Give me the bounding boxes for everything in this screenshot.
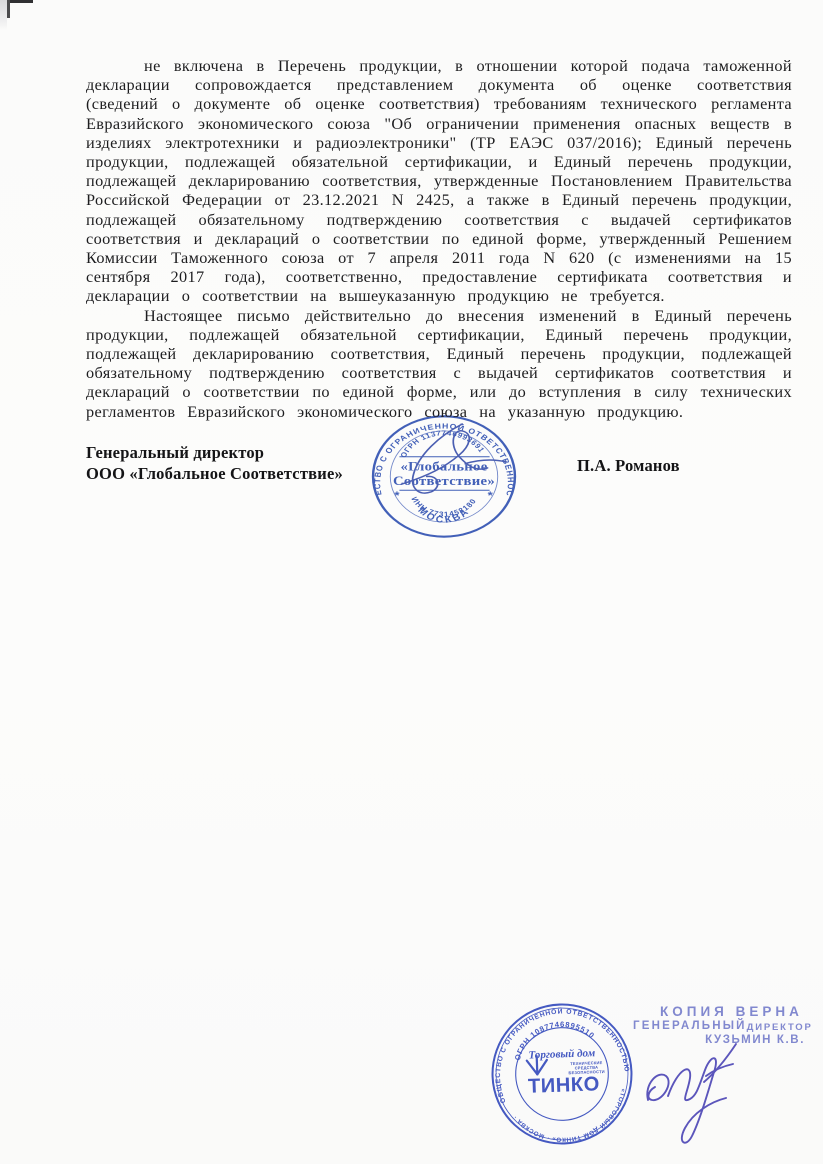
copy-stamp-role-line: ГЕНЕРАЛЬНЫЙ ДИРЕКТОР xyxy=(633,1020,805,1033)
copy-stamp-role-right: ДИРЕКТОР xyxy=(747,1022,813,1033)
scanned-letter-page: ОБЩЕСТВО С ОГРАНИЧЕННОЙ ОТВЕТСТВЕННОСТЬЮ… xyxy=(0,0,823,1164)
stamp-star-left: * xyxy=(394,489,399,502)
signature-title-block: Генеральный директор ООО «Глобальное Соо… xyxy=(86,443,416,484)
company-stamp-tinko: ОБЩЕСТВО С ОГРАНИЧЕННОЙ ОТВЕТСТВЕННОСТЬЮ… xyxy=(486,998,637,1149)
kuzmin-signature xyxy=(634,1042,794,1147)
scan-edge-smudge xyxy=(0,0,7,30)
svg-text:МОСКВА: МОСКВА xyxy=(415,506,473,526)
letter-body: не включена в Перечень продукции, в отно… xyxy=(86,56,792,421)
signer-name: П.А. Романов xyxy=(577,456,680,476)
signer-title-line1: Генеральный директор xyxy=(86,443,416,464)
body-paragraph-2: Настоящее письмо действительно до внесен… xyxy=(86,306,792,421)
body-paragraph-1: не включена в Перечень продукции, в отно… xyxy=(86,56,792,306)
copy-stamp-title: КОПИЯ ВЕРНА xyxy=(633,1004,805,1019)
copy-stamp-role-left: ГЕНЕРАЛЬНЫЙ xyxy=(633,1020,747,1032)
signer-title-line2: ООО «Глобальное Соответствие» xyxy=(86,464,416,485)
copy-certified-stamp: КОПИЯ ВЕРНА ГЕНЕРАЛЬНЫЙ ДИРЕКТОР КУЗЬМИН… xyxy=(633,1004,805,1046)
scan-corner-mark-vertical xyxy=(7,0,10,18)
stamp-star-right: * xyxy=(488,489,493,502)
stamp-script-text: Торговый дом xyxy=(528,1047,596,1061)
scan-corner-mark-horizontal xyxy=(7,0,33,3)
stamp-city-text: МОСКВА xyxy=(415,506,473,526)
tinko-logo-text: ТИНКО xyxy=(528,1073,600,1097)
